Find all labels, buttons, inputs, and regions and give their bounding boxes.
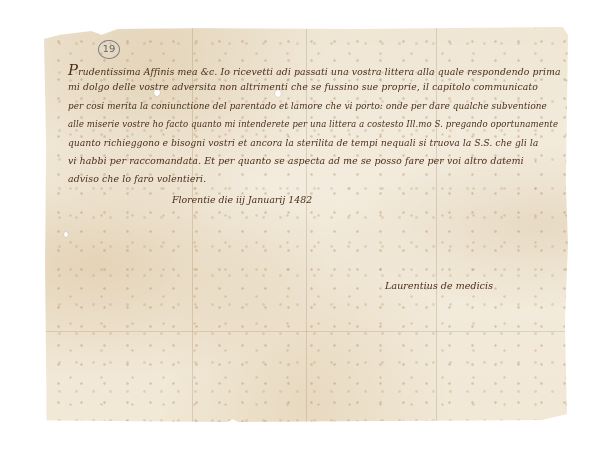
letter-line: alle miserie vostre ho facto quanto mi i… <box>68 116 514 134</box>
letter-date-closing: Florentie die iij Januarij 1482 <box>172 195 312 206</box>
letter-line: adviso che lo faro volentieri. <box>68 171 558 189</box>
worm-hole <box>64 232 68 237</box>
signature: Laurentius de medicis <box>385 281 493 292</box>
letter-line: quanto richieggono e bisogni vostri et a… <box>68 135 543 153</box>
letter-line: Prudentissima Affinis mea &c. Io ricevet… <box>68 61 553 79</box>
manuscript-paper: 19 Prudentissima Affinis mea &c. Io rice… <box>44 27 568 422</box>
letter-line: per cosi merita la coniunctione del pare… <box>68 98 529 116</box>
letter-line: mi dolgo delle vostre adversita non altr… <box>68 79 553 97</box>
fold-line-horizontal <box>44 331 568 332</box>
archive-number-stamp: 19 <box>98 40 120 59</box>
letter-body: Prudentissima Affinis mea &c. Io ricevet… <box>68 61 558 190</box>
letter-line: vi habbi per raccomandata. Et per quanto… <box>68 153 558 171</box>
